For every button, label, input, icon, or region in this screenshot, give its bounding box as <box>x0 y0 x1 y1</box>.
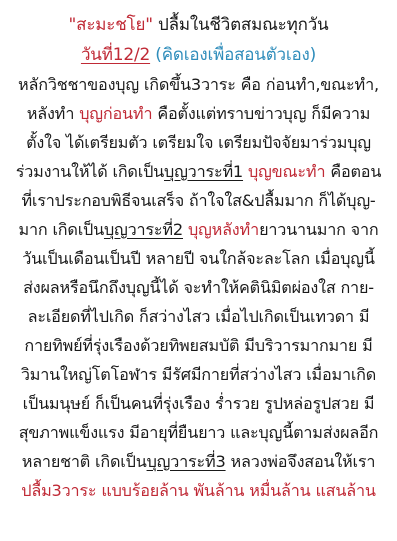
body-line-11: วิมานใหญ่โตโอฬาร มีรัศมีกายที่สว่างไสว เ… <box>0 360 397 389</box>
body-line-10: กายทิพย์ที่รุ่งเรืองด้วยทิพยสมบัติ มีบริ… <box>0 331 397 360</box>
text: ร่วมงานให้ได้ เกิดเป็น <box>16 162 164 181</box>
body-line-12: เป็นมนุษย์ ก็เป็นคนที่รุ่งเรือง ร่ำรวย ร… <box>0 389 397 418</box>
body-line-4: ร่วมงานให้ได้ เกิดเป็นบุญวาระที่1 บุญขณะ… <box>0 157 397 186</box>
body-line-3: ตั้งใจ ได้เตรียมตัว เตรียมใจ เตรียมปัจจั… <box>0 128 397 157</box>
body-line-2: หลังทำ บุญก่อนทำ คือตั้งแต่ทราบข่าวบุญ ก… <box>0 99 397 128</box>
subtitle-note: (คิดเองเพื่อสอนตัวเอง) <box>150 45 316 65</box>
merit-phase-2: บุญวาระที่2 <box>104 220 183 239</box>
text: คือตอน <box>325 162 381 181</box>
merit-phase-3: บุญวาระที่3 <box>147 452 226 471</box>
date-label: วันที่12/2 <box>81 45 150 65</box>
body-line-13: สุขภาพแข็งแรง มีอายุที่ยืนยาว และบุญนี้ต… <box>0 418 397 447</box>
subtitle-line: วันที่12/2 (คิดเองเพื่อสอนตัวเอง) <box>0 40 397 70</box>
body-line-8: ส่งผลหรือนึกถึงบุญนี้ได้ จะทำให้คตินิมิต… <box>0 273 397 302</box>
title-text: ปลื้มในชีวิตสมณะทุกวัน <box>153 15 329 35</box>
body-line-1: หลักวิชชาของบุญ เกิดขึ้น3วาระ คือ ก่อนทำ… <box>0 70 397 99</box>
text: หลวงพ่อจึงสอนให้เรา <box>226 452 376 471</box>
highlight-after-merit: บุญหลังทำ <box>188 220 259 239</box>
highlight-before-merit: บุญก่อนทำ <box>79 104 152 123</box>
text: หลายชาติ เกิดเป็น <box>22 452 147 471</box>
text: คือตั้งแต่ทราบข่าวบุญ ก็มีความ <box>152 104 370 123</box>
body-line-9: ละเอียดที่ไปเกิด ก็สว่างไสว เมื่อไปเกิดเ… <box>0 302 397 331</box>
highlight-during-merit: บุญขณะทำ <box>248 162 325 181</box>
text: ยาวนานมาก จาก <box>259 220 378 239</box>
text: หลังทำ <box>27 104 79 123</box>
document: "สะมะชโย" ปลื้มในชีวิตสมณะทุกวัน วันที่1… <box>0 0 397 505</box>
merit-phase-1: บุญวาระที่1 <box>164 162 243 181</box>
body-line-6: มาก เกิดเป็นบุญวาระที่2 บุญหลังทำยาวนานม… <box>0 215 397 244</box>
closing-line: ปลื้ม3วาระ แบบร้อยล้าน พันล้าน หมื่นล้าน… <box>0 476 397 505</box>
title-quote: "สะมะชโย" <box>69 15 153 35</box>
body-line-7: วันเป็นเดือนเป็นปี หลายปี จนใกล้จะละโลก … <box>0 244 397 273</box>
body-line-5: ที่เราประกอบพิธีจนเสร็จ ถ้าใจใส&ปลื้มมาก… <box>0 186 397 215</box>
text: มาก เกิดเป็น <box>19 220 104 239</box>
body-line-14: หลายชาติ เกิดเป็นบุญวาระที่3 หลวงพ่อจึงส… <box>0 447 397 476</box>
title-line: "สะมะชโย" ปลื้มในชีวิตสมณะทุกวัน <box>0 10 397 40</box>
